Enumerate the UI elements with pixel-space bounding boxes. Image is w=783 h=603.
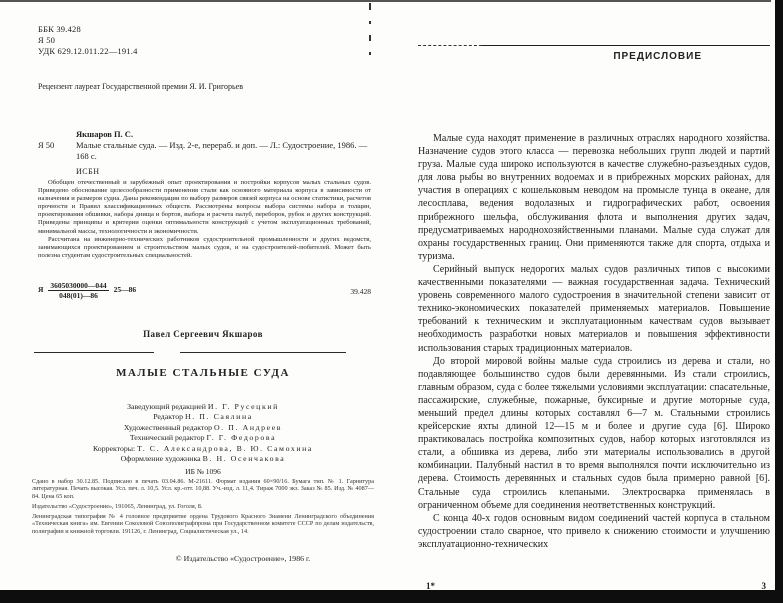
header-rule-dashed-segment [418,45,482,46]
edition-credits: Заведующий редакцией И. Г. Русецкий Реда… [30,402,376,464]
divider-rule [34,352,346,353]
preface-body: Малые суда находят применение в различны… [418,132,770,551]
credit-line: Художественный редактор О. П. Андреев [30,423,376,433]
credit-line: Технический редактор Г. Г. Федорова [30,433,376,443]
classification-codes: ББК 39.428 Я 50 УДК 629.12.011.22—191.4 [38,24,138,57]
preface-paragraph: Серийный выпуск недорогих малых судов ра… [418,263,770,355]
scan-edge-top [0,0,771,2]
copyright-line: © Издательство «Судостроение», 1986 г. [30,554,376,563]
author-sign-code: Я 50 [38,35,138,46]
print-imprint: Сдано в набор 30.12.85. Подписано в печа… [32,478,374,538]
ib-number: ИБ № 1096 [30,467,376,476]
formula-right-code: 39.428 [350,287,371,296]
formula-denominator: 048(01)—86 [48,291,108,300]
annotation-paragraph: Рассчитана на инженерно-технических рабо… [38,236,371,260]
credit-line: Заведующий редакцией И. Г. Русецкий [30,402,376,412]
right-page: ПРЕДИСЛОВИЕ Малые суда находят применени… [418,20,770,592]
credit-name: В. Н. Осенчакова [203,454,286,463]
author-full-name: Павел Сергеевич Якшаров [30,329,376,339]
credit-name: Т. С. Александрова, В. Ю. Самохина [137,444,313,453]
reviewer-line: Рецензент лауреат Государственной премии… [38,82,338,91]
scanned-book-spread: ББК 39.428 Я 50 УДК 629.12.011.22—191.4 … [0,0,783,603]
catalog-card: Я 50 Малые стальные суда. — Изд. 2-е, пе… [38,140,368,161]
credit-name: И. Г. Русецкий [208,402,279,411]
preface-title: ПРЕДИСЛОВИЕ [613,51,702,62]
publisher-address: Издательство «Судостроение», 191065, Лен… [32,503,374,510]
catalog-entry: Малые стальные суда. — Изд. 2-е, перераб… [76,140,368,161]
udk-code: УДК 629.12.011.22—191.4 [38,46,138,57]
catalog-formula: Я3605030000—044048(01)—8625—86 39.428 [38,281,371,300]
credit-line: Редактор Н. П. Саялина [30,412,376,422]
formula-suffix: 25—86 [114,285,137,294]
bbk-code: ББК 39.428 [38,24,138,35]
preface-paragraph: До второй мировой войны малые суда строи… [418,355,770,512]
formula-prefix: Я [38,285,43,294]
left-page: ББК 39.428 Я 50 УДК 629.12.011.22—191.4 … [30,18,376,578]
catalog-author: Якшаров П. С. [76,129,133,139]
credit-name: Н. П. Саялина [185,412,253,421]
printing-house-info: Ленинградская типография № 4 головное пр… [32,513,374,535]
preface-paragraph: С конца 40-х годов основным видом соедин… [418,512,770,551]
credit-line: Корректоры: Т. С. Александрова, В. Ю. Са… [30,444,376,454]
catalog-code: Я 50 [38,140,76,161]
book-title: МАЛЫЕ СТАЛЬНЫЕ СУДА [30,367,376,379]
formula-numerator: 3605030000—044 [48,281,108,291]
scan-edge-bottom [0,590,783,603]
credit-name: Г. Г. Федорова [206,433,276,442]
header-rule [418,45,770,46]
header-rule-solid-segment [482,45,770,46]
preface-paragraph: Малые суда находят применение в различны… [418,132,770,263]
formula-fraction: 3605030000—044048(01)—86 [48,281,108,300]
imprint-technical-data: Сдано в набор 30.12.85. Подписано в печа… [32,478,374,500]
annotation-text: Обобщен отечественный и зарубежный опыт … [38,179,371,260]
annotation-paragraph: Обобщен отечественный и зарубежный опыт … [38,179,371,236]
scan-edge-right [775,0,783,603]
credit-line: Оформление художника В. Н. Осенчакова [30,454,376,464]
credit-name: О. П. Андреев [214,423,282,432]
isbn-label: ИСБН [76,167,99,176]
